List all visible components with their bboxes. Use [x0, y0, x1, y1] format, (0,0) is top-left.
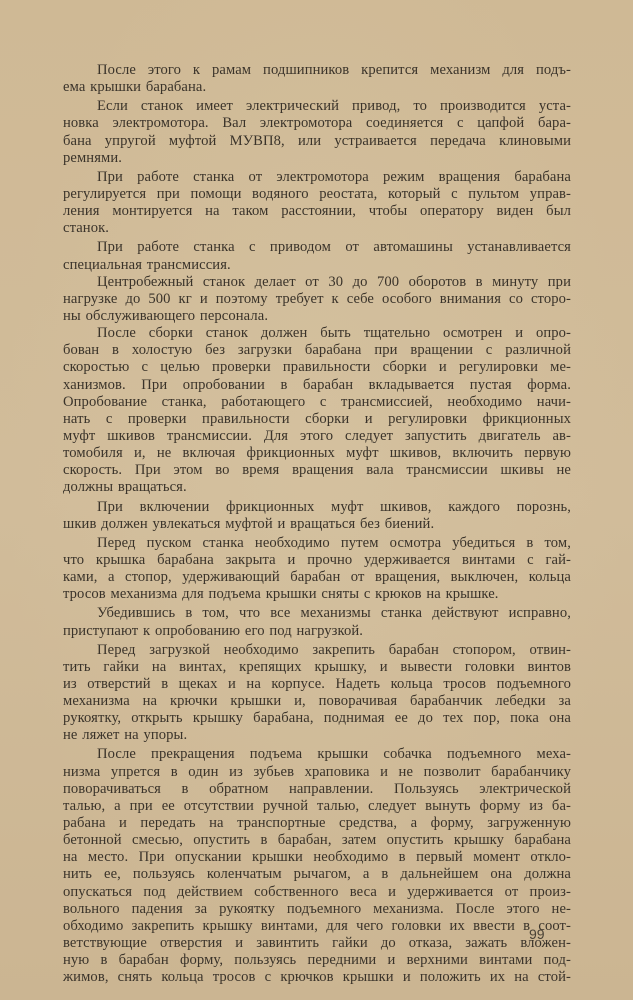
text-line: жимов, снять кольца тросов с крючков кры…	[63, 969, 571, 986]
text-line: При работе станка с приводом от автомаши…	[63, 239, 571, 256]
text-line: ханизмов. При опробовании в барабан вкла…	[63, 377, 571, 394]
text-line: регулируется при помощи водяного реостат…	[63, 186, 571, 203]
text-line: Центробежный станок делает от 30 до 700 …	[63, 274, 571, 291]
text-line: ную в барабан форму, пользуясь передними…	[63, 952, 571, 969]
text-line: тить гайки на винтах, крепящих крышку, и…	[63, 659, 571, 676]
text-line: бован в холостую без загрузки барабана п…	[63, 342, 571, 359]
text-line: тросов механизма для подъема крышки снят…	[63, 586, 571, 603]
text-line: муфт шкивов трансмиссии. Для этого следу…	[63, 428, 571, 445]
text-line: ветствующие отверстия и завинтить гайки …	[63, 935, 571, 952]
text-line: томобиля и, не включая фрикционных муфт …	[63, 445, 571, 462]
text-line: Перед загрузкой необходимо закрепить бар…	[63, 642, 571, 659]
text-line: новка электромотора. Вал электромотора с…	[63, 115, 571, 132]
text-line: При включении фрикционных муфт шкивов, к…	[63, 499, 571, 516]
text-line: опускаться под действием собственного ве…	[63, 884, 571, 901]
text-line: нать с проверки правильности сборки и ре…	[63, 411, 571, 428]
text-line: Опробование станка, работающего с трансм…	[63, 394, 571, 411]
text-line: бетонной смесью, опустить в барабан, зат…	[63, 832, 571, 849]
text-line: на место. При опускании крышки необходим…	[63, 849, 571, 866]
text-line: Если станок имеет электрический привод, …	[63, 98, 571, 115]
text-line: После этого к рамам подшипников крепится…	[63, 62, 571, 79]
text-line: нить ее, пользуясь коленчатым рычагом, а…	[63, 866, 571, 883]
text-line: не ляжет на упоры.	[63, 727, 571, 744]
text-line: ления монтируется на таком расстоянии, ч…	[63, 203, 571, 220]
text-line: приступают к опробованию его под нагрузк…	[63, 623, 571, 640]
text-line: что крышка барабана закрыта и прочно уде…	[63, 552, 571, 569]
text-line: ремнями.	[63, 150, 571, 167]
body-text: После этого к рамам подшипников крепится…	[63, 62, 571, 986]
text-line: Убедившись в том, что все механизмы стан…	[63, 605, 571, 622]
text-line: поворачиваться в обратном направлении. П…	[63, 781, 571, 798]
text-line: скорость. При этом во время вращения вал…	[63, 462, 571, 479]
text-line: должны вращаться.	[63, 479, 571, 496]
text-line: После прекращения подъема крышки собачка…	[63, 746, 571, 763]
text-line: нагрузке до 500 кг и поэтому требует к с…	[63, 291, 571, 308]
text-line: талью, а при ее отсутствии ручной талью,…	[63, 798, 571, 815]
text-line: скоростью с целью проверки правильности …	[63, 359, 571, 376]
page-number: 99	[529, 926, 545, 942]
text-line: Перед пуском станка необходимо путем осм…	[63, 535, 571, 552]
text-line: вольного падения за рукоятку подъемного …	[63, 901, 571, 918]
text-line: специальная трансмиссия.	[63, 257, 571, 274]
text-line: ками, а стопор, удерживающий барабан от …	[63, 569, 571, 586]
text-line: При работе станка от электромотора режим…	[63, 169, 571, 186]
text-line: станок.	[63, 220, 571, 237]
text-line: низма упрется в один из зубьев храповика…	[63, 764, 571, 781]
text-line: из отверстий в щеках и на корпусе. Надет…	[63, 676, 571, 693]
text-line: ема крышки барабана.	[63, 79, 571, 96]
text-line: рабана и передать на транспортные средст…	[63, 815, 571, 832]
text-line: бана упругой муфтой МУВП8, или устраивае…	[63, 133, 571, 150]
text-line: После сборки станок должен быть тщательн…	[63, 325, 571, 342]
text-line: обходимо закрепить крышку винтами, для ч…	[63, 918, 571, 935]
text-line: ны обслуживающего персонала.	[63, 308, 571, 325]
text-line: рукоятку, открыть крышку барабана, подни…	[63, 710, 571, 727]
text-line: механизма на крючки крышки и, поворачива…	[63, 693, 571, 710]
scanned-book-page: После этого к рамам подшипников крепится…	[0, 0, 633, 1000]
text-line: шкив должен увлекаться муфтой и вращатьс…	[63, 516, 571, 533]
